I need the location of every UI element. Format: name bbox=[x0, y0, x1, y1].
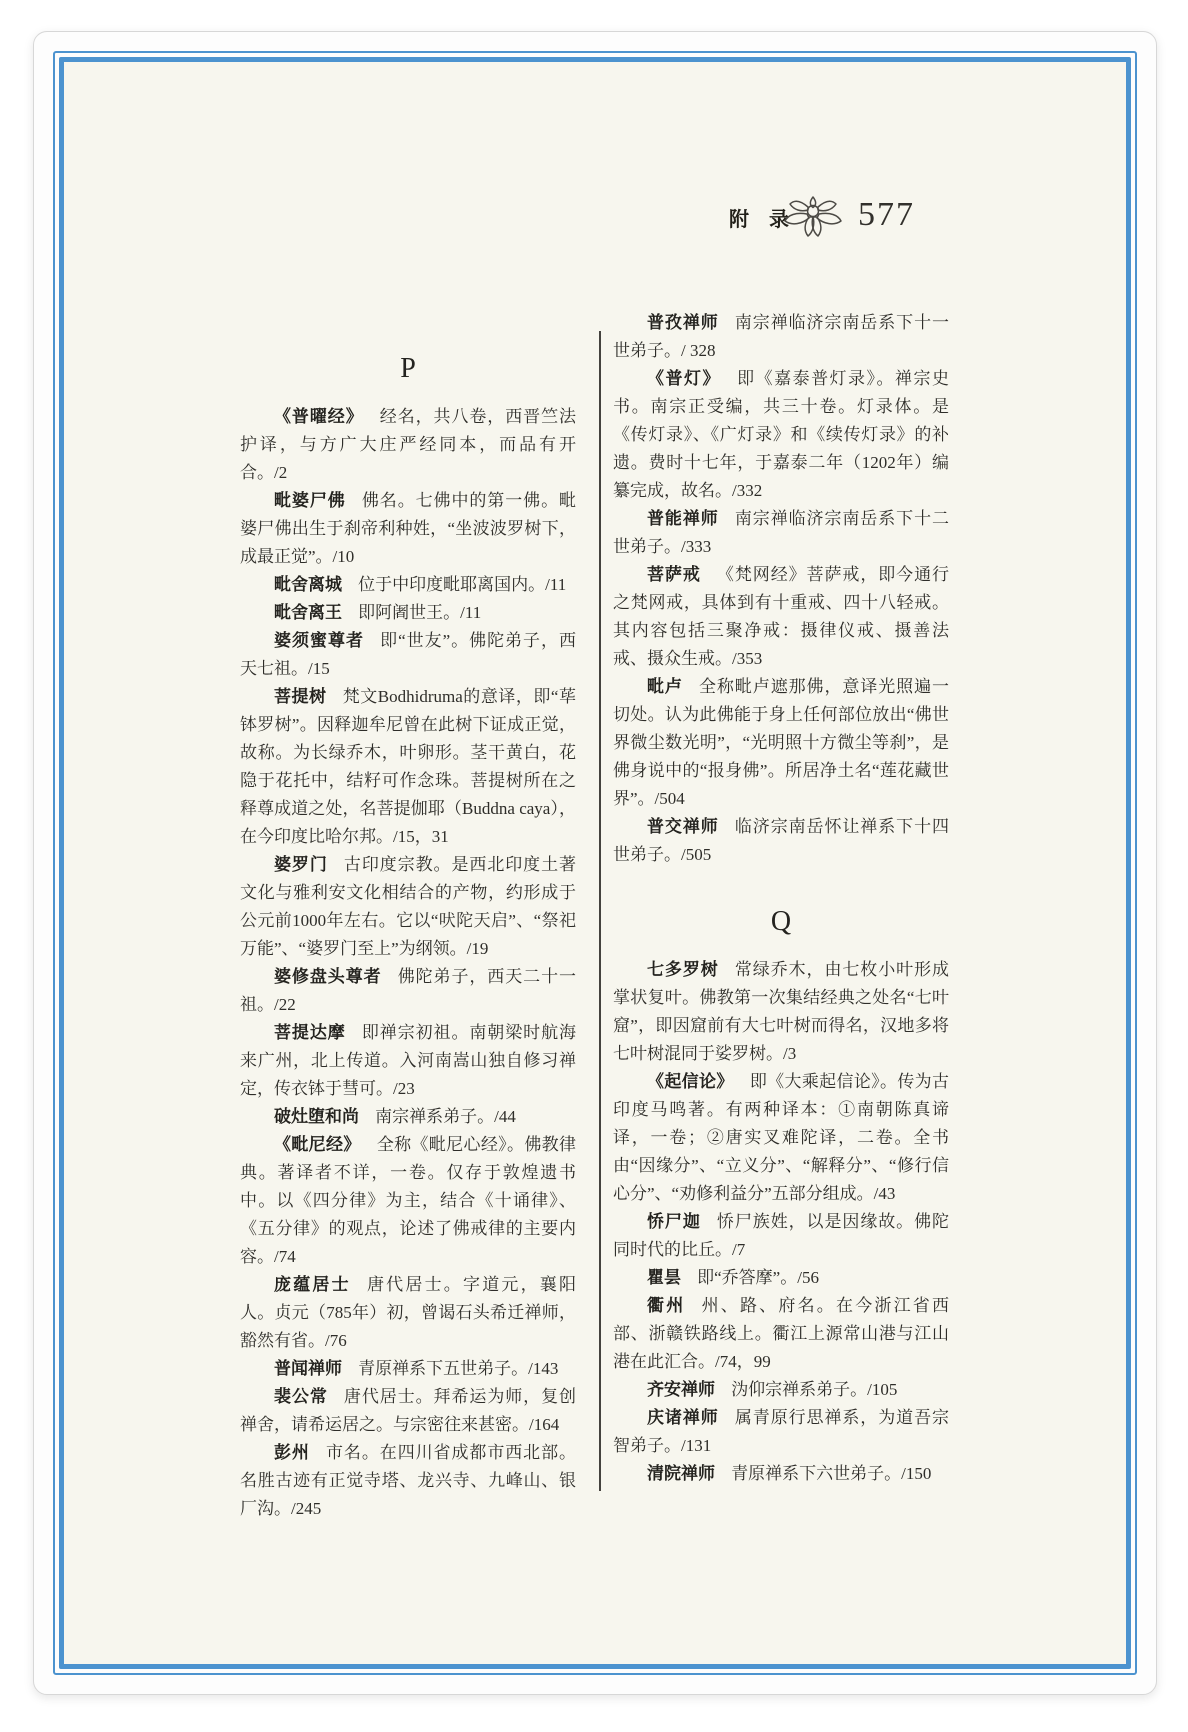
entry-term: 婆罗门 bbox=[274, 855, 328, 874]
page-number: 577 bbox=[858, 198, 915, 232]
index-entry: 清院禅师青原禅系下六世弟子。/150 bbox=[613, 1460, 949, 1488]
entry-term: 《普曜经》 bbox=[274, 407, 364, 426]
lotus-icon bbox=[782, 188, 844, 242]
index-entry: 普孜禅师南宗禅临济宗南岳系下十一世弟子。/ 328 bbox=[613, 309, 949, 365]
right-column: 普孜禅师南宗禅临济宗南岳系下十一世弟子。/ 328《普灯》即《嘉泰普灯录》。禅宗… bbox=[613, 309, 949, 1488]
index-entry: 婆须蜜尊者即“世友”。佛陀弟子，西天七祖。/15 bbox=[240, 627, 576, 683]
index-entry: 普能禅师南宗禅临济宗南岳系下十二世弟子。/333 bbox=[613, 505, 949, 561]
index-entry: 《普灯》即《嘉泰普灯录》。禅宗史书。南宗正受编，共三十卷。灯录体。是《传灯录》、… bbox=[613, 365, 949, 505]
index-entry: 齐安禅师沩仰宗禅系弟子。/105 bbox=[613, 1376, 949, 1404]
entry-term: 菩提达摩 bbox=[274, 1023, 346, 1042]
section-header-Q: Q bbox=[613, 905, 949, 938]
entry-term: 七多罗树 bbox=[647, 960, 719, 979]
entry-term: 裴公常 bbox=[274, 1387, 328, 1406]
index-entry: 普闻禅师青原禅系下五世弟子。/143 bbox=[240, 1355, 576, 1383]
entry-body: 青原禅系下五世弟子。/143 bbox=[358, 1359, 558, 1378]
index-entry: 菩提达摩即禅宗初祖。南朝梁时航海来广州，北上传道。入河南嵩山独自修习禅定，传衣钵… bbox=[240, 1019, 576, 1103]
entry-term: 破灶堕和尚 bbox=[274, 1107, 359, 1126]
entry-term: 毗舍离王 bbox=[274, 603, 342, 622]
entry-body: 即阿阇世王。/11 bbox=[358, 603, 481, 622]
index-entry: 婆修盘头尊者佛陀弟子，西天二十一祖。/22 bbox=[240, 963, 576, 1019]
entry-term: 庆诸禅师 bbox=[647, 1408, 719, 1427]
entry-term: 普闻禅师 bbox=[274, 1359, 342, 1378]
entry-body: 即《大乘起信论》。传为古印度马鸣著。有两种译本：①南朝陈真谛译，一卷；②唐实叉难… bbox=[613, 1072, 949, 1203]
entry-body: 青原禅系下六世弟子。/150 bbox=[731, 1464, 931, 1483]
entry-term: 庞蕴居士 bbox=[274, 1275, 351, 1294]
index-entry: 普交禅师临济宗南岳怀让禅系下十四世弟子。/505 bbox=[613, 813, 949, 869]
entry-term: 毗婆尸佛 bbox=[274, 491, 346, 510]
decorative-frame-inner bbox=[59, 57, 1131, 1669]
index-entry: 《起信论》即《大乘起信论》。传为古印度马鸣著。有两种译本：①南朝陈真谛译，一卷；… bbox=[613, 1068, 949, 1208]
index-entry: 㤭尸迦㤭尸族姓，以是因缘故。佛陀同时代的比丘。/7 bbox=[613, 1208, 949, 1264]
index-entry: 婆罗门古印度宗教。是西北印度土著文化与雅利安文化相结合的产物，约形成于公元前10… bbox=[240, 851, 576, 963]
index-entry: 毗舍离城位于中印度毗耶离国内。/11 bbox=[240, 571, 576, 599]
index-entry: 破灶堕和尚南宗禅系弟子。/44 bbox=[240, 1103, 576, 1131]
index-entry: 裴公常唐代居士。拜希运为师，复创禅舍，请希运居之。与宗密往来甚密。/164 bbox=[240, 1383, 576, 1439]
header-section-title: 附 录 bbox=[729, 210, 789, 230]
entry-body: 梵文Bodhidruma的意译，即“荜钵罗树”。因释迦牟尼曾在此树下证成正觉，故… bbox=[240, 687, 576, 846]
entry-term: 彭州 bbox=[274, 1443, 310, 1462]
entry-term: 菩提树 bbox=[274, 687, 327, 706]
entry-term: 清院禅师 bbox=[647, 1464, 715, 1483]
entry-term: 普交禅师 bbox=[647, 817, 719, 836]
section-header-P: P bbox=[240, 352, 576, 385]
entry-term: 普能禅师 bbox=[647, 509, 719, 528]
entry-term: 菩萨戒 bbox=[647, 565, 701, 584]
entry-term: 婆修盘头尊者 bbox=[274, 967, 382, 986]
entry-term: 普孜禅师 bbox=[647, 313, 719, 332]
entry-term: 《起信论》 bbox=[647, 1072, 734, 1091]
index-entry: 庞蕴居士唐代居士。字道元，襄阳人。贞元（785年）初，曾谒石头希迁禅师，豁然有省… bbox=[240, 1271, 576, 1355]
index-entry: 菩萨戒《梵网经》菩萨戒，即今通行之梵网戒，具体到有十重戒、四十八轻戒。其内容包括… bbox=[613, 561, 949, 673]
index-entry: 瞿昙即“乔答摩”。/56 bbox=[613, 1264, 949, 1292]
entry-body: 南宗禅系弟子。/44 bbox=[375, 1107, 516, 1126]
index-entry: 《毗尼经》全称《毗尼心经》。佛教律典。著译者不详，一卷。仅存于敦煌遗书中。以《四… bbox=[240, 1131, 576, 1271]
entry-term: 㤭尸迦 bbox=[647, 1212, 701, 1231]
index-entry: 衢州州、路、府名。在今浙江省西部、浙赣铁路线上。衢江上源常山港与江山港在此汇合。… bbox=[613, 1292, 949, 1376]
index-entry: 毗卢全称毗卢遮那佛，意译光照遍一切处。认为此佛能于身上任何部位放出“佛世界微尘数… bbox=[613, 673, 949, 813]
index-entry: 庆诸禅师属青原行思禅系，为道吾宗智弟子。/131 bbox=[613, 1404, 949, 1460]
entry-term: 齐安禅师 bbox=[647, 1380, 715, 1399]
index-entry: 彭州市名。在四川省成都市西北部。名胜古迹有正觉寺塔、龙兴寺、九峰山、银厂沟。/2… bbox=[240, 1439, 576, 1523]
index-entry: 毗婆尸佛佛名。七佛中的第一佛。毗婆尸佛出生于刹帝利种姓，“坐波波罗树下，成最正觉… bbox=[240, 487, 576, 571]
entry-term: 瞿昙 bbox=[647, 1268, 681, 1287]
entry-term: 毗舍离城 bbox=[274, 575, 342, 594]
index-entry: 七多罗树常绿乔木，由七枚小叶形成掌状复叶。佛教第一次集结经典之处名“七叶窟”，即… bbox=[613, 956, 949, 1068]
index-entry: 《普曜经》经名，共八卷，西晋竺法护译，与方广大庄严经同本，而品有开合。/2 bbox=[240, 403, 576, 487]
book-page: 附 录 577 P《普曜经》经名，共八卷，西晋竺法护译，与方广大庄严经同本，而品… bbox=[33, 31, 1157, 1695]
entry-term: 《普灯》 bbox=[647, 369, 721, 388]
index-entry: 菩提树梵文Bodhidruma的意译，即“荜钵罗树”。因释迦牟尼曾在此树下证成正… bbox=[240, 683, 576, 851]
entry-body: 即《嘉泰普灯录》。禅宗史书。南宗正受编，共三十卷。灯录体。是《传灯录》、《广灯录… bbox=[613, 369, 949, 500]
left-column: P《普曜经》经名，共八卷，西晋竺法护译，与方广大庄严经同本，而品有开合。/2毗婆… bbox=[240, 352, 576, 1523]
entry-body: 位于中印度毗耶离国内。/11 bbox=[358, 575, 566, 594]
column-divider bbox=[599, 331, 601, 1491]
index-entry: 毗舍离王即阿阇世王。/11 bbox=[240, 599, 576, 627]
entry-term: 《毗尼经》 bbox=[274, 1135, 361, 1154]
entry-body: 即“乔答摩”。/56 bbox=[697, 1268, 819, 1287]
entry-body: 全称毗卢遮那佛，意译光照遍一切处。认为此佛能于身上任何部位放出“佛世界微尘数光明… bbox=[613, 677, 949, 808]
entry-body: 全称《毗尼心经》。佛教律典。著译者不详，一卷。仅存于敦煌遗书中。以《四分律》为主… bbox=[240, 1135, 576, 1266]
entry-term: 婆须蜜尊者 bbox=[274, 631, 364, 650]
entry-term: 毗卢 bbox=[647, 677, 683, 696]
entry-term: 衢州 bbox=[647, 1296, 685, 1315]
entry-body: 沩仰宗禅系弟子。/105 bbox=[731, 1380, 897, 1399]
